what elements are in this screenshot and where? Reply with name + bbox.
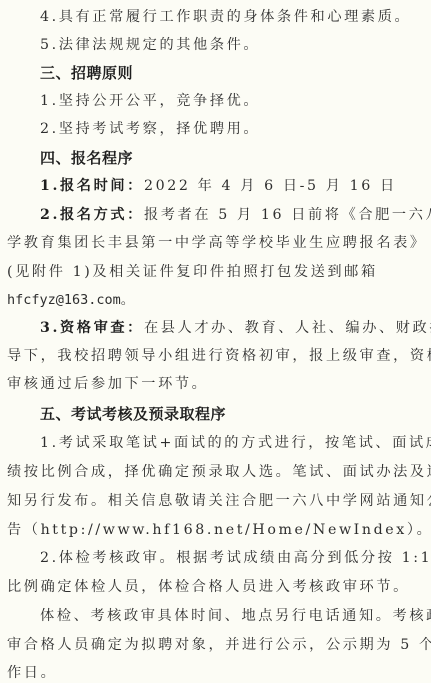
registration-time-label: 1.报名时间： <box>40 178 144 194</box>
paragraph-line: 绩按比例合成，择优确定预录取人选。笔试、面试办法及通 <box>7 462 431 482</box>
requirement-item-5: 5.法律法规规定的其他条件。 <box>40 35 431 55</box>
paragraph-line: 学教育集团长丰县第一中学高等学校毕业生应聘报名表》 <box>7 233 431 253</box>
medical-check-notice: 体检、考核政审具体时间、地点另行电话通知。考核政 <box>40 606 431 626</box>
registration-time: 1.报名时间：2022 年 4 月 6 日-5 月 16 日 <box>40 176 431 196</box>
section-heading-principles: 三、招聘原则 <box>40 63 431 83</box>
paragraph-line: 知另行发布。相关信息敬请关注合肥一六八中学网站通知公 <box>7 491 431 511</box>
qualification-review: 3.资格审查：在县人才办、教育、人社、编办、财政指 <box>40 318 431 338</box>
paragraph-line: (见附件 1)及相关证件复印件拍照打包发送到邮箱 <box>7 262 431 282</box>
registration-method-label: 2.报名方式： <box>40 207 144 223</box>
registration-time-value: 2022 年 4 月 6 日-5 月 16 日 <box>144 178 397 194</box>
website-notice: 告（http://www.hf168.net/Home/NewIndex）。 <box>7 520 431 540</box>
exam-item-2: 2.体检考核政审。根据考试成绩由高分到低分按 1:1 的 <box>40 548 431 568</box>
email-address: hfcfyz@163.com。 <box>7 290 431 310</box>
section-heading-exam: 五、考试考核及预录取程序 <box>40 404 431 424</box>
exam-item-1: 1.考试采取笔试+面试的的方式进行，按笔试、面试成 <box>40 433 431 453</box>
document-page: 4.具有正常履行工作职责的身体条件和心理素质。 5.法律法规规定的其他条件。 三… <box>0 0 431 683</box>
principle-item-2: 2.坚持考试考察，择优聘用。 <box>40 119 431 139</box>
qualification-review-label: 3.资格审查： <box>40 320 144 336</box>
registration-method-text: 报考者在 5 月 16 日前将《合肥一六八中 <box>144 207 431 223</box>
qualification-review-text: 在县人才办、教育、人社、编办、财政指 <box>144 320 431 336</box>
requirement-item-4: 4.具有正常履行工作职责的身体条件和心理素质。 <box>40 7 431 27</box>
section-heading-registration: 四、报名程序 <box>40 148 431 168</box>
paragraph-line: 审核通过后参加下一环节。 <box>7 374 431 394</box>
paragraph-line: 作日。 <box>7 663 431 683</box>
paragraph-line: 审合格人员确定为拟聘对象，并进行公示，公示期为 5 个工 <box>7 635 431 655</box>
registration-method: 2.报名方式：报考者在 5 月 16 日前将《合肥一六八中 <box>40 205 431 225</box>
paragraph-line: 比例确定体检人员，体检合格人员进入考核政审环节。 <box>7 577 431 597</box>
paragraph-line: 导下，我校招聘领导小组进行资格初审，报上级审查，资格 <box>7 346 431 366</box>
principle-item-1: 1.坚持公开公平，竞争择优。 <box>40 91 431 111</box>
